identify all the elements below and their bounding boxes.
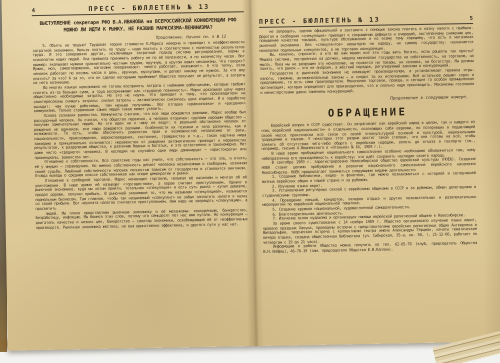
bulletin-masthead-right: ПРЕСС - БЮЛЛЕТЕНЬ № 13: [259, 16, 380, 26]
appeal-body: Еврейский вопрос в СССР существует. Он з…: [261, 120, 476, 175]
scanned-bulletin-spread: 4 ПРЕСС - БЮЛЛЕТЕНЬ № 13 ВЫСТУПЛЕНИЕ сек…: [0, 0, 500, 363]
left-page-header: 4 ПРЕСС - БЮЛЛЕТЕНЬ № 13: [32, 2, 244, 16]
paper-sheet: 4 ПРЕСС - БЮЛЛЕТЕНЬ № 13 ВЫСТУПЛЕНИЕ сек…: [1, 0, 500, 351]
appeal-closing: За время своего существования с 14 ноябр…: [263, 218, 478, 255]
left-page-body: 5. Объять не трудно! Трудовая теория сто…: [32, 40, 247, 230]
appeal-heading: ОБРАЩЕНИЕ: [261, 105, 475, 121]
left-page-number: 4: [32, 8, 35, 14]
right-page-number: 5: [470, 16, 473, 22]
body-paragraph: Государство в рыночной экономике не кома…: [260, 68, 474, 95]
bulletin-masthead-left: ПРЕСС - БЮЛЛЕТЕНЬ № 13: [88, 3, 209, 13]
to-be-continued-note: Продолжение в следующем номере.: [260, 94, 468, 103]
right-edge-shade: [477, 0, 500, 342]
body-paragraph: 5. Объять не трудно! Трудовая теория сто…: [32, 40, 245, 86]
left-page: 4 ПРЕСС - БЮЛЛЕТЕНЬ № 13 ВЫСТУПЛЕНИЕ сек…: [32, 2, 248, 230]
body-paragraph: Основа сознания равенства. Коммунисты сч…: [34, 110, 247, 160]
right-page-body-top: не запрещать, сделав официальной и заста…: [259, 26, 474, 95]
body-paragraph: Отношение к свободной торговле. Маркс не…: [35, 175, 248, 211]
body-paragraph: людей. Мы плохо представляем рыночную эк…: [35, 208, 247, 231]
right-page: ПРЕСС - БЮЛЛЕТЕНЬ № 13 5 не запрещать, с…: [259, 14, 477, 254]
appeal-paragraph: Информацию о работе Общества можно получ…: [263, 241, 477, 254]
article-title: ВЫСТУПЛЕНИЕ секретаря РФО В.А.ИВАНОВА на…: [32, 17, 244, 35]
appeal-activity-list: 1. Создание библиотеки, видео- и фонотек…: [262, 171, 477, 221]
